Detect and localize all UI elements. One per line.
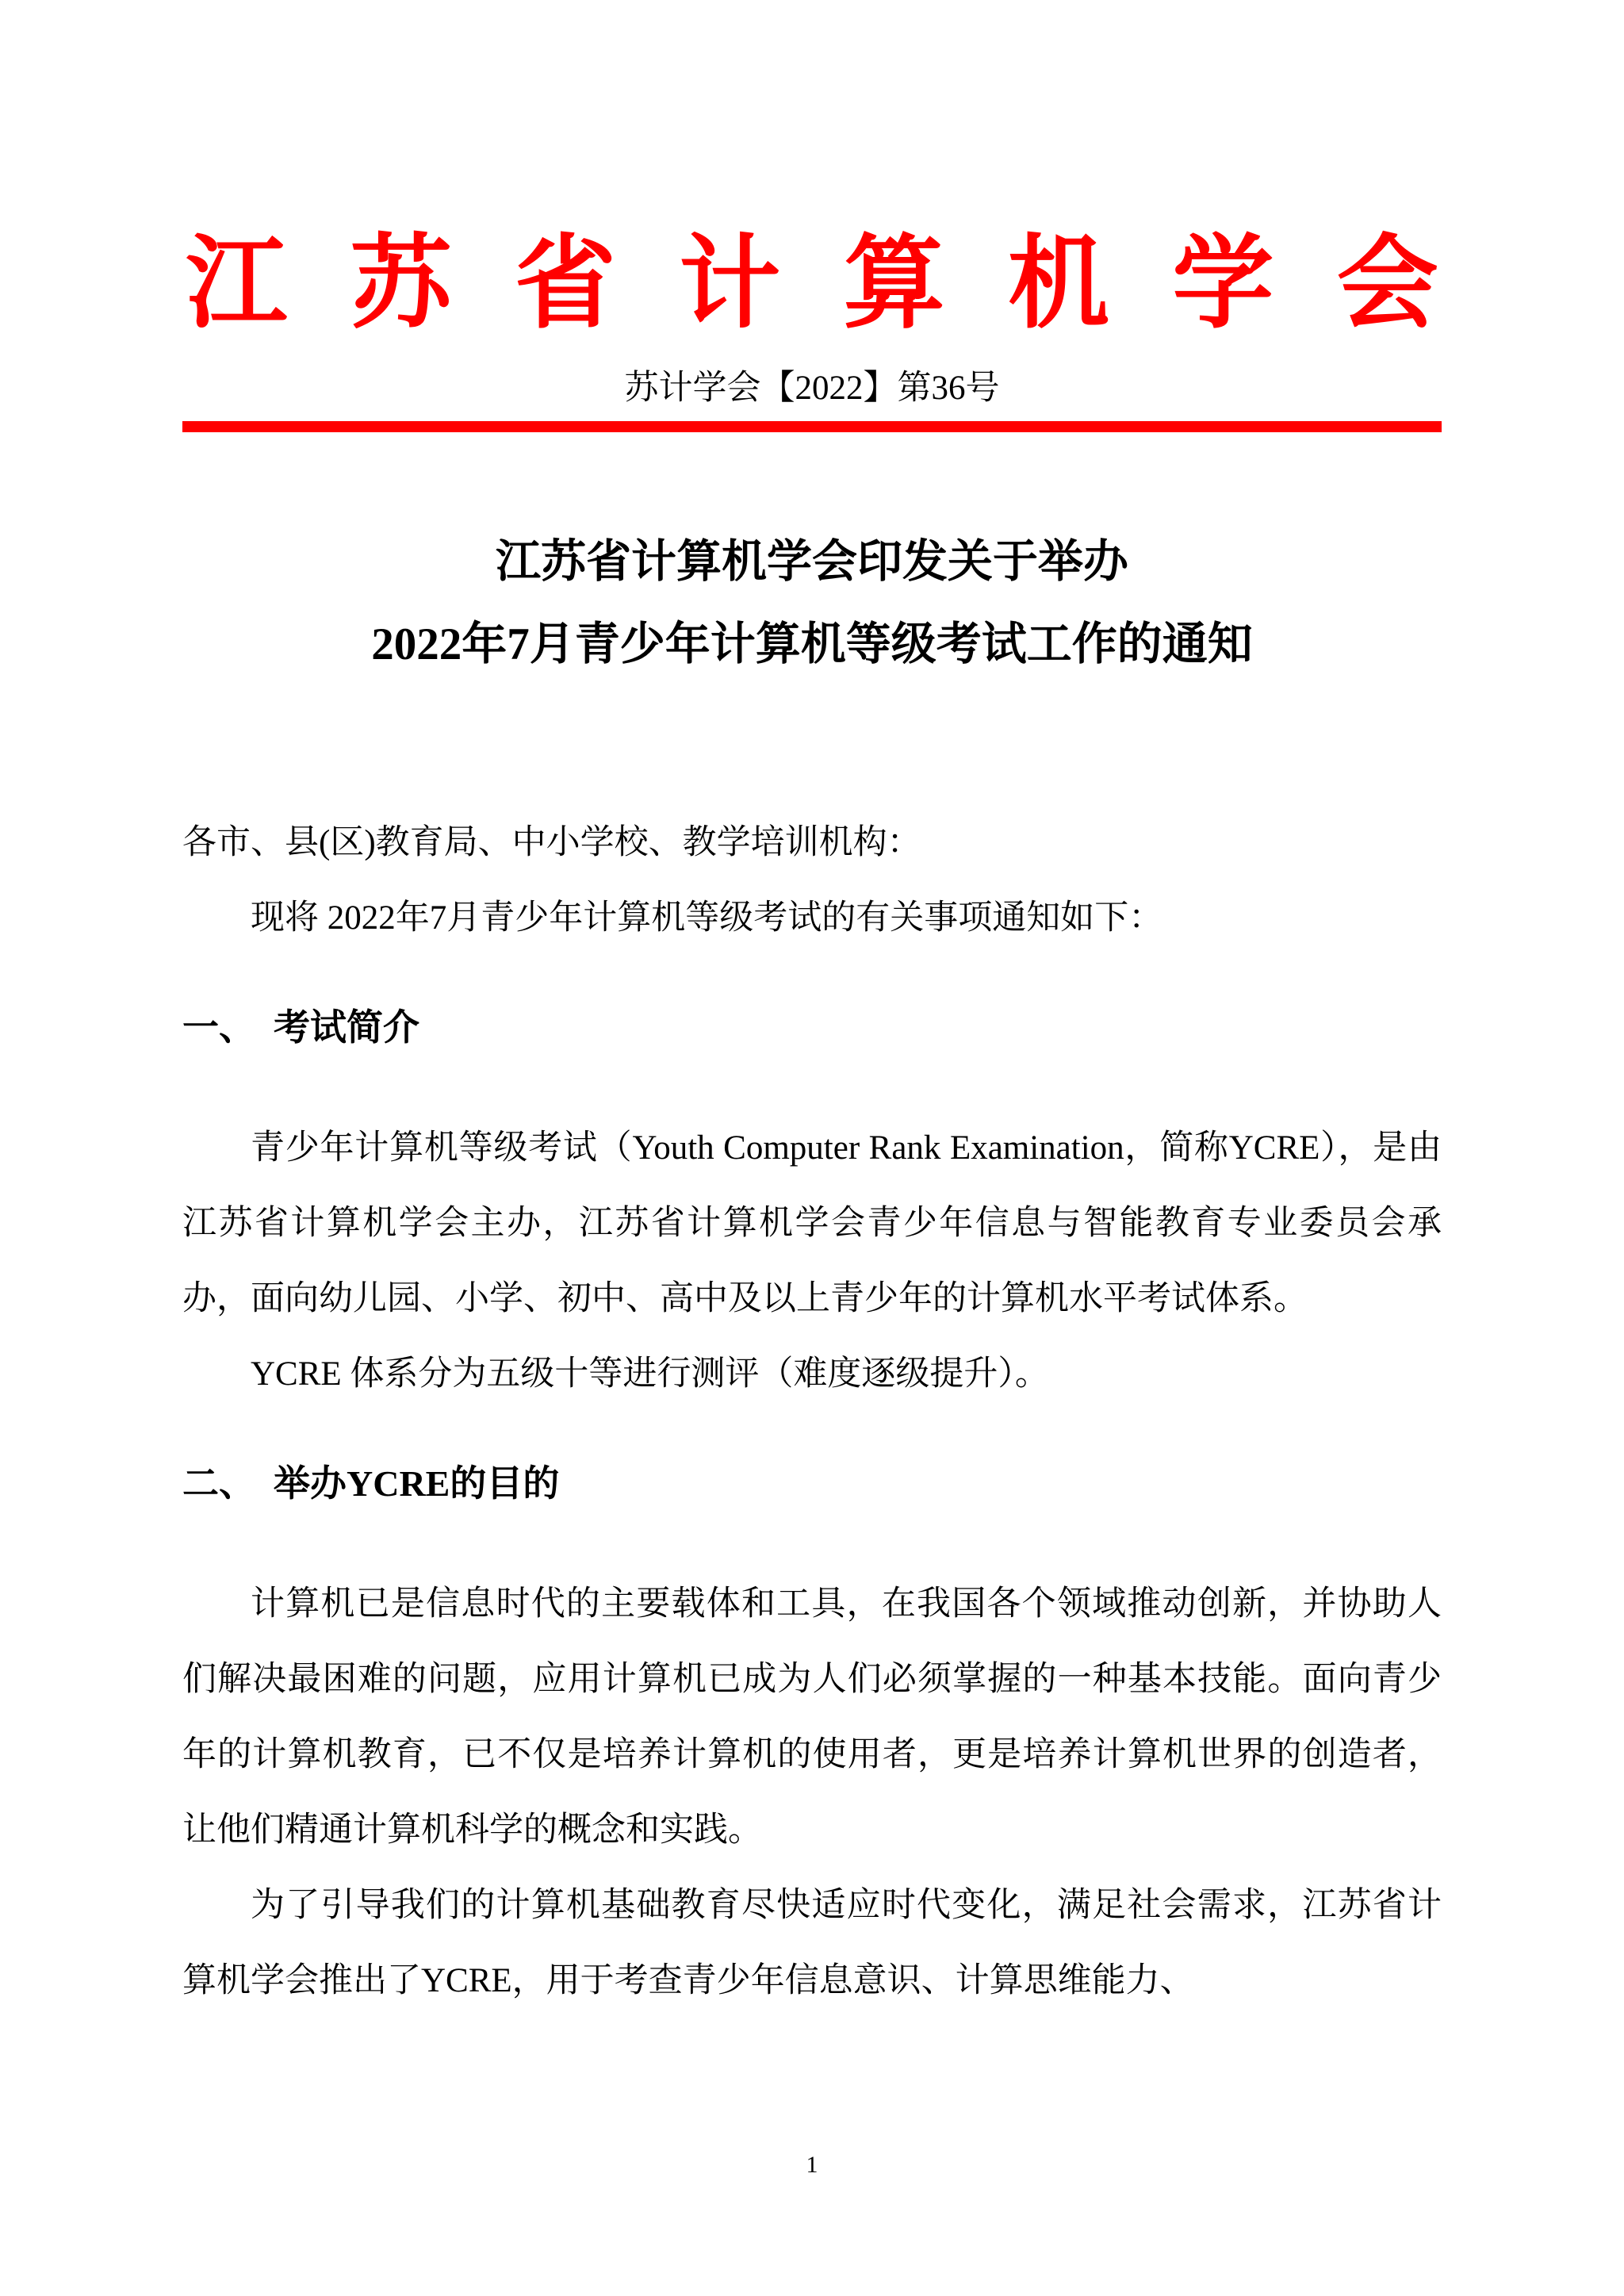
intro-paragraph: 现将 2022年7月青少年计算机等级考试的有关事项通知如下： [182,880,1442,956]
document-page: 江苏省计算机学会 苏计学会【2022】第36号 江苏省计算机学会印发关于举办 2… [0,0,1624,2296]
section-1-paragraph-2: YCRE 体系分为五级十等进行测评（难度逐级提升）。 [182,1336,1442,1412]
letterhead: 江苏省计算机学会 苏计学会【2022】第36号 [182,0,1442,432]
document-title: 江苏省计算机学会印发关于举办 2022年7月青少年计算机等级考试工作的通知 [182,521,1442,686]
section-1-heading: 一、 考试简介 [182,990,1442,1065]
page-number: 1 [0,2153,1624,2177]
section-1-paragraph-1: 青少年计算机等级考试（Youth Computer Rank Examinati… [182,1110,1442,1336]
section-2-heading: 二、 举办YCRE的目的 [182,1446,1442,1521]
letterhead-divider [182,421,1442,432]
letterhead-org-name: 江苏省计算机学会 [182,0,1442,346]
salutation: 各市、县(区)教育局、中小学校、教学培训机构： [182,805,1442,880]
document-number: 苏计学会【2022】第36号 [182,370,1442,407]
letterhead-org-name-text: 江苏省计算机学会 [186,228,1501,340]
section-2-paragraph-2: 为了引导我们的计算机基础教育尽快适应时代变化，满足社会需求，江苏省计算机学会推出… [182,1868,1442,2018]
document-title-line-1: 江苏省计算机学会印发关于举办 [182,521,1442,604]
section-2-paragraph-1: 计算机已是信息时代的主要载体和工具，在我国各个领域推动创新，并协助人们解决最困难… [182,1566,1442,1868]
document-title-line-2: 2022年7月青少年计算机等级考试工作的通知 [182,604,1442,686]
document-body: 各市、县(区)教育局、中小学校、教学培训机构： 现将 2022年7月青少年计算机… [182,805,1442,2018]
